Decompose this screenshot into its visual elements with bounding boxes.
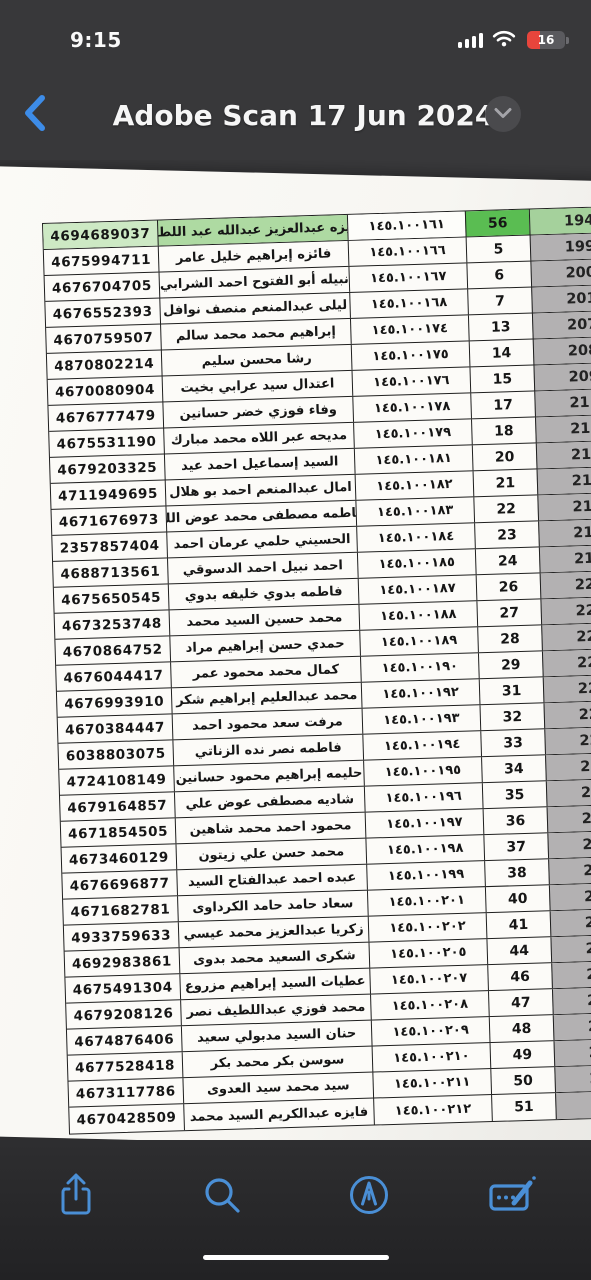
- back-button[interactable]: [14, 88, 54, 140]
- cell-national-id: 4670759507: [46, 325, 161, 353]
- cell-count: 5: [466, 236, 531, 263]
- cell-national-id: 4933759633: [64, 922, 179, 950]
- cell-national-id: 4688713561: [53, 558, 168, 586]
- cell-national-id: 4676044417: [56, 662, 171, 690]
- cell-count: 38: [484, 859, 549, 886]
- cell-national-id: 4676704705: [45, 273, 160, 301]
- cell-count: 17: [470, 391, 535, 418]
- cell-serial: 235: [550, 908, 591, 936]
- cell-count: 47: [488, 989, 553, 1016]
- cell-count: 35: [482, 781, 547, 808]
- cell-serial: 220: [540, 570, 591, 598]
- cell-serial: 232: [548, 856, 591, 884]
- cell-serial: 242: [553, 1012, 591, 1040]
- cell-count: 28: [477, 625, 542, 652]
- cell-count: 21: [473, 469, 538, 496]
- cell-serial: 200: [530, 259, 591, 287]
- cell-code-number: ١٤٥.١٠٠١٦٦: [348, 237, 467, 265]
- cell-code-number: ١٤٥.١٠٠١٩٧: [365, 809, 484, 837]
- cell-national-id: 4870802214: [47, 351, 162, 379]
- cell-national-id: 4676552393: [45, 299, 160, 327]
- cell-code-number: ١٤٥.١٠٠١٩٠: [360, 653, 479, 681]
- cell-count: 31: [479, 677, 544, 704]
- cell-serial: 238: [550, 934, 591, 962]
- cell-code-number: ١٤٥.١٠٠١٧٩: [353, 419, 472, 447]
- home-indicator[interactable]: [203, 1255, 389, 1260]
- cell-serial: 221: [540, 596, 591, 624]
- cell-national-id: 4677528418: [68, 1052, 183, 1080]
- cell-code-number: ١٤٥.١٠٠١٧٥: [351, 341, 470, 369]
- battery-percent: 16: [527, 31, 565, 49]
- cell-national-id: 4676777479: [48, 403, 163, 431]
- cell-count: 40: [485, 885, 550, 912]
- cell-serial: 245: [555, 1090, 591, 1119]
- cell-serial: 212: [535, 415, 591, 443]
- cell-national-id: 4671682781: [63, 896, 178, 924]
- search-icon: [201, 1174, 243, 1219]
- cell-code-number: ١٤٥.١٠٠١٧٨: [352, 393, 471, 421]
- cell-code-number: ١٤٥.١٠٠١٩٩: [366, 861, 485, 889]
- cell-code-number: ١٤٥.١٠٠١٨٣: [355, 497, 474, 525]
- cell-count: 46: [487, 963, 552, 990]
- cell-code-number: ١٤٥.١٠٠١٨٧: [358, 575, 477, 603]
- cell-serial: 214: [536, 441, 591, 469]
- cell-code-number: ١٤٥.١٠٠١٩٤: [362, 731, 481, 759]
- cell-count: 6: [466, 262, 531, 289]
- cell-count: 20: [472, 443, 537, 470]
- cell-count: 32: [479, 703, 544, 730]
- cell-count: 48: [489, 1015, 554, 1042]
- cell-code-number: ١٤٥.١٠٠٢٠٨: [370, 991, 489, 1019]
- cell-code-number: ١٤٥.١٠٠١٨٥: [357, 549, 476, 577]
- cell-count: 14: [469, 339, 534, 366]
- cell-code-number: ١٤٥.١٠٠٢٠٢: [368, 913, 487, 941]
- fill-and-sign-icon: [487, 1173, 543, 1220]
- cell-serial: 209: [533, 363, 591, 391]
- markup-button[interactable]: [341, 1168, 397, 1224]
- cell-serial: 215: [537, 467, 591, 495]
- cell-count: 41: [486, 911, 551, 938]
- share-icon: [57, 1171, 95, 1222]
- markup-pen-icon: [347, 1173, 391, 1220]
- cell-code-number: ١٤٥.١٠٠٢٠١: [367, 887, 486, 915]
- chevron-left-icon: [22, 93, 46, 136]
- cell-serial: 241: [552, 986, 591, 1014]
- cellular-signal-icon: [458, 32, 484, 48]
- cell-national-id: 4675994711: [44, 247, 159, 275]
- cell-count: 37: [483, 833, 548, 860]
- cell-count: 24: [475, 547, 540, 574]
- cell-count: 33: [480, 729, 545, 756]
- cell-count: 22: [473, 495, 538, 522]
- cell-national-id: 4670384447: [58, 714, 173, 742]
- cell-count: 34: [481, 755, 546, 782]
- cell-national-id: 4711949695: [51, 480, 166, 508]
- cell-serial: 227: [544, 726, 591, 754]
- cell-code-number: ١٤٥.١٠٠١٨٨: [358, 601, 477, 629]
- cell-national-id: 4676696877: [62, 870, 177, 898]
- cell-national-id: 4673460129: [62, 844, 177, 872]
- cell-national-id: 4679203325: [50, 454, 165, 482]
- cell-code-number: ١٤٥.١٠٠٢١٠: [372, 1043, 491, 1071]
- search-button[interactable]: [194, 1168, 250, 1224]
- share-button[interactable]: [48, 1168, 104, 1224]
- cell-serial: 229: [546, 778, 591, 806]
- cell-code-number: ١٤٥.١٠٠١٧٦: [352, 367, 471, 395]
- cell-code-number: ١٤٥.١٠٠١٨٢: [355, 471, 474, 499]
- cell-national-id: 6038803075: [58, 740, 173, 768]
- cell-serial: 194: [529, 207, 591, 235]
- cell-national-id: 4675491304: [65, 974, 180, 1002]
- cell-national-id: 4679164857: [60, 792, 175, 820]
- cell-serial: 217: [538, 518, 591, 546]
- cell-national-id: 4724108149: [59, 766, 174, 794]
- cell-count: 29: [478, 651, 543, 678]
- cell-count: 36: [483, 807, 548, 834]
- cell-code-number: ١٤٥.١٠٠١٩٦: [364, 783, 483, 811]
- cell-count: 26: [476, 573, 541, 600]
- cell-national-id: 2357857404: [52, 532, 167, 560]
- cell-code-number: ١٤٥.١٠٠١٨٤: [356, 523, 475, 551]
- cell-code-number: ١٤٥.١٠٠٢٠٧: [369, 965, 488, 993]
- cell-code-number: ١٤٥.١٠٠٢١٢: [373, 1095, 492, 1124]
- cell-code-number: ١٤٥.١٠٠١٩٨: [365, 835, 484, 863]
- cell-code-number: ١٤٥.١٠٠١٧٤: [350, 315, 469, 343]
- cell-serial: 216: [537, 492, 591, 520]
- cell-count: 51: [491, 1093, 556, 1121]
- cell-code-number: ١٤٥.١٠٠١٩٣: [362, 705, 481, 733]
- cell-national-id: 4694689037: [43, 221, 158, 249]
- cell-national-id: 4675650545: [54, 584, 169, 612]
- cell-national-id: 4671854505: [61, 818, 176, 846]
- cell-serial: 207: [532, 311, 591, 339]
- chevron-down-icon: [494, 107, 512, 122]
- cell-count: 23: [474, 521, 539, 548]
- cell-serial: 211: [534, 389, 591, 417]
- cell-count: 15: [469, 365, 534, 392]
- cell-serial: 244: [554, 1064, 591, 1092]
- cell-national-id: 4671676973: [52, 506, 167, 534]
- cell-serial: 222: [541, 622, 591, 650]
- cell-national-id: 4692983861: [65, 948, 180, 976]
- cell-serial: 231: [547, 830, 591, 858]
- cell-code-number: ١٤٥.١٠٠١٦٨: [349, 289, 468, 317]
- cell-serial: 240: [551, 960, 591, 988]
- cell-serial: 226: [543, 700, 591, 728]
- cell-code-number: ١٤٥.١٠٠٢١١: [372, 1069, 491, 1097]
- cell-count: 18: [471, 417, 536, 444]
- title-dropdown-button[interactable]: [485, 96, 521, 132]
- cell-count: 50: [490, 1067, 555, 1094]
- cell-national-id: 4679208126: [66, 1000, 181, 1028]
- cell-national-id: 4674876406: [67, 1026, 182, 1054]
- cell-code-number: ١٤٥.١٠٠١٦٧: [348, 263, 467, 291]
- cell-code-number: ١٤٥.١٠٠١٦١: [347, 211, 466, 239]
- cell-serial: 218: [539, 544, 591, 572]
- cell-serial: 199: [530, 233, 591, 261]
- cell-national-id: 4673117786: [68, 1078, 183, 1106]
- scan-preview-area[interactable]: 4694689037عزيزه عبدالعزيز عبدالله عبد ال…: [0, 160, 591, 1140]
- clock-time: 9:15: [70, 28, 122, 52]
- cell-code-number: ١٤٥.١٠٠١٨١: [354, 445, 473, 473]
- cell-national-id: 4670428509: [69, 1104, 184, 1133]
- cell-count: 7: [467, 288, 532, 315]
- status-icons: 16: [458, 29, 566, 51]
- cell-serial: 228: [545, 752, 591, 780]
- cell-serial: 234: [549, 882, 591, 910]
- cell-count: 49: [490, 1041, 555, 1068]
- cell-code-number: ١٤٥.١٠٠١٩٥: [363, 757, 482, 785]
- cell-serial: 230: [547, 804, 591, 832]
- cell-national-id: 4676993910: [57, 688, 172, 716]
- cell-serial: 225: [543, 674, 591, 702]
- cell-code-number: ١٤٥.١٠٠١٩٢: [361, 679, 480, 707]
- cell-national-id: 4673253748: [55, 610, 170, 638]
- cell-code-number: ١٤٥.١٠٠٢٠٩: [371, 1017, 490, 1045]
- wifi-icon: [492, 29, 516, 51]
- scan-table: 4694689037عزيزه عبدالعزيز عبدالله عبد ال…: [42, 206, 591, 1135]
- adobe-scan-app-screen: 9:15 16 Ado: [0, 0, 591, 1280]
- cell-count: 13: [468, 314, 533, 341]
- cell-national-id: 4675531190: [49, 428, 164, 456]
- cell-count: 27: [476, 599, 541, 626]
- cell-count: 44: [486, 937, 551, 964]
- cell-serial: 208: [533, 337, 591, 365]
- nav-bar: Adobe Scan 17 Jun 2024: [0, 70, 591, 160]
- cell-serial: 201: [531, 285, 591, 313]
- cell-serial: 223: [542, 648, 591, 676]
- cell-national-id: 4670864752: [55, 636, 170, 664]
- cell-count: 56: [465, 210, 530, 237]
- cell-code-number: ١٤٥.١٠٠١٨٩: [359, 627, 478, 655]
- battery-icon: 16: [527, 31, 565, 49]
- cell-serial: 243: [553, 1038, 591, 1066]
- cell-name-arabic: فايزه عبدالكريم السيد محمد: [183, 1099, 374, 1131]
- cell-national-id: 4670080904: [48, 377, 163, 405]
- fill-and-sign-button[interactable]: [487, 1168, 543, 1224]
- status-bar: 9:15 16: [0, 0, 591, 70]
- cell-code-number: ١٤٥.١٠٠٢٠٥: [368, 939, 487, 967]
